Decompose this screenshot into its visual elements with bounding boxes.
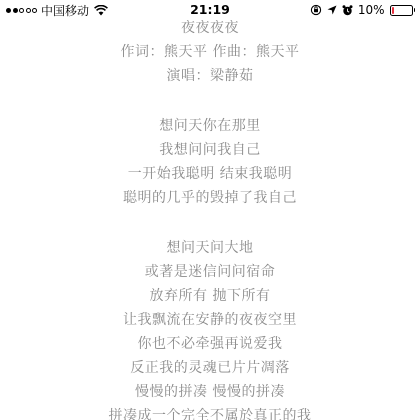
stanza-spacer xyxy=(0,88,420,114)
lyric-line: 想问天你在那里 xyxy=(0,114,420,138)
battery-icon xyxy=(390,5,416,16)
battery-percent: 10% xyxy=(358,3,385,17)
status-bar: 中国移动 21:19 10% xyxy=(0,0,420,20)
lyric-line: 想问天问大地 xyxy=(0,236,420,260)
alarm-clock-icon xyxy=(342,5,353,16)
lyric-line: 放弃所有 抛下所有 xyxy=(0,284,420,308)
battery-body xyxy=(390,5,413,16)
lyric-line: 反正我的灵魂已片片凋落 xyxy=(0,356,420,380)
lyric-line: 拼凑成一个完全不属於真正的我 xyxy=(0,404,420,420)
song-credits: 作词：熊天平 作曲：熊天平 xyxy=(0,40,420,64)
lyric-line: 或著是迷信问问宿命 xyxy=(0,260,420,284)
lyric-line: 你也不必牵强再说爱我 xyxy=(0,332,420,356)
stanza-spacer xyxy=(0,210,420,236)
lyrics-view[interactable]: 夜夜夜夜 作词：熊天平 作曲：熊天平 演唱：梁静茹 想问天你在那里 我想问问我自… xyxy=(0,16,420,420)
orientation-lock-icon xyxy=(310,4,322,16)
battery-tip xyxy=(414,8,416,12)
location-arrow-icon xyxy=(327,5,337,15)
lyric-line: 慢慢的拼凑 慢慢的拼凑 xyxy=(0,380,420,404)
song-singer: 演唱：梁静茹 xyxy=(0,64,420,88)
battery-level xyxy=(392,7,394,14)
lyric-line: 我想问问我自己 xyxy=(0,138,420,162)
lyric-line: 一开始我聪明 结束我聪明 xyxy=(0,162,420,186)
status-right: 10% xyxy=(310,2,415,18)
lyric-line: 聪明的几乎的毁掉了我自己 xyxy=(0,186,420,210)
lyric-line: 让我飘流在安静的夜夜空里 xyxy=(0,308,420,332)
